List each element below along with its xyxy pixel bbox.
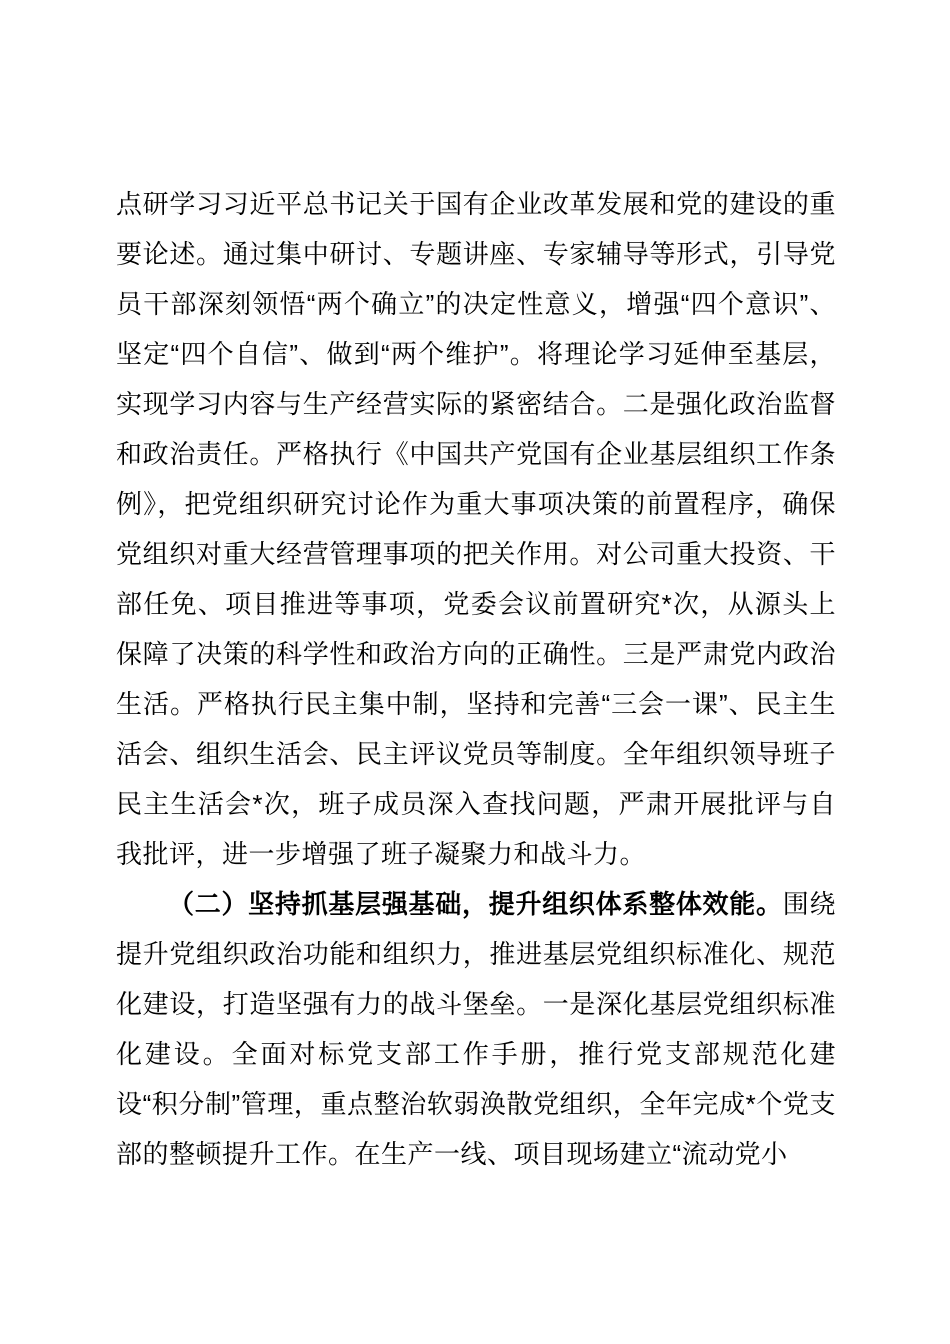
paragraph-section-2: （二）坚持抓基层强基础，提升组织体系整体效能。围绕提升党组织政治功能和组织力，推…: [116, 879, 836, 1179]
section-2-body-text: 围绕提升党组织政治功能和组织力，推进基层党组织标准化、规范化建设，打造坚强有力的…: [116, 889, 836, 1169]
paragraph-continuation: 点研学习习近平总书记关于国有企业改革发展和党的建设的重要论述。通过集中研讨、专题…: [116, 179, 836, 879]
paragraph-continuation-text: 点研学习习近平总书记关于国有企业改革发展和党的建设的重要论述。通过集中研讨、专题…: [116, 189, 836, 869]
document-page: 点研学习习近平总书记关于国有企业改革发展和党的建设的重要论述。通过集中研讨、专题…: [116, 179, 836, 1179]
section-2-heading: （二）坚持抓基层强基础，提升组织体系整体效能。: [168, 889, 783, 919]
